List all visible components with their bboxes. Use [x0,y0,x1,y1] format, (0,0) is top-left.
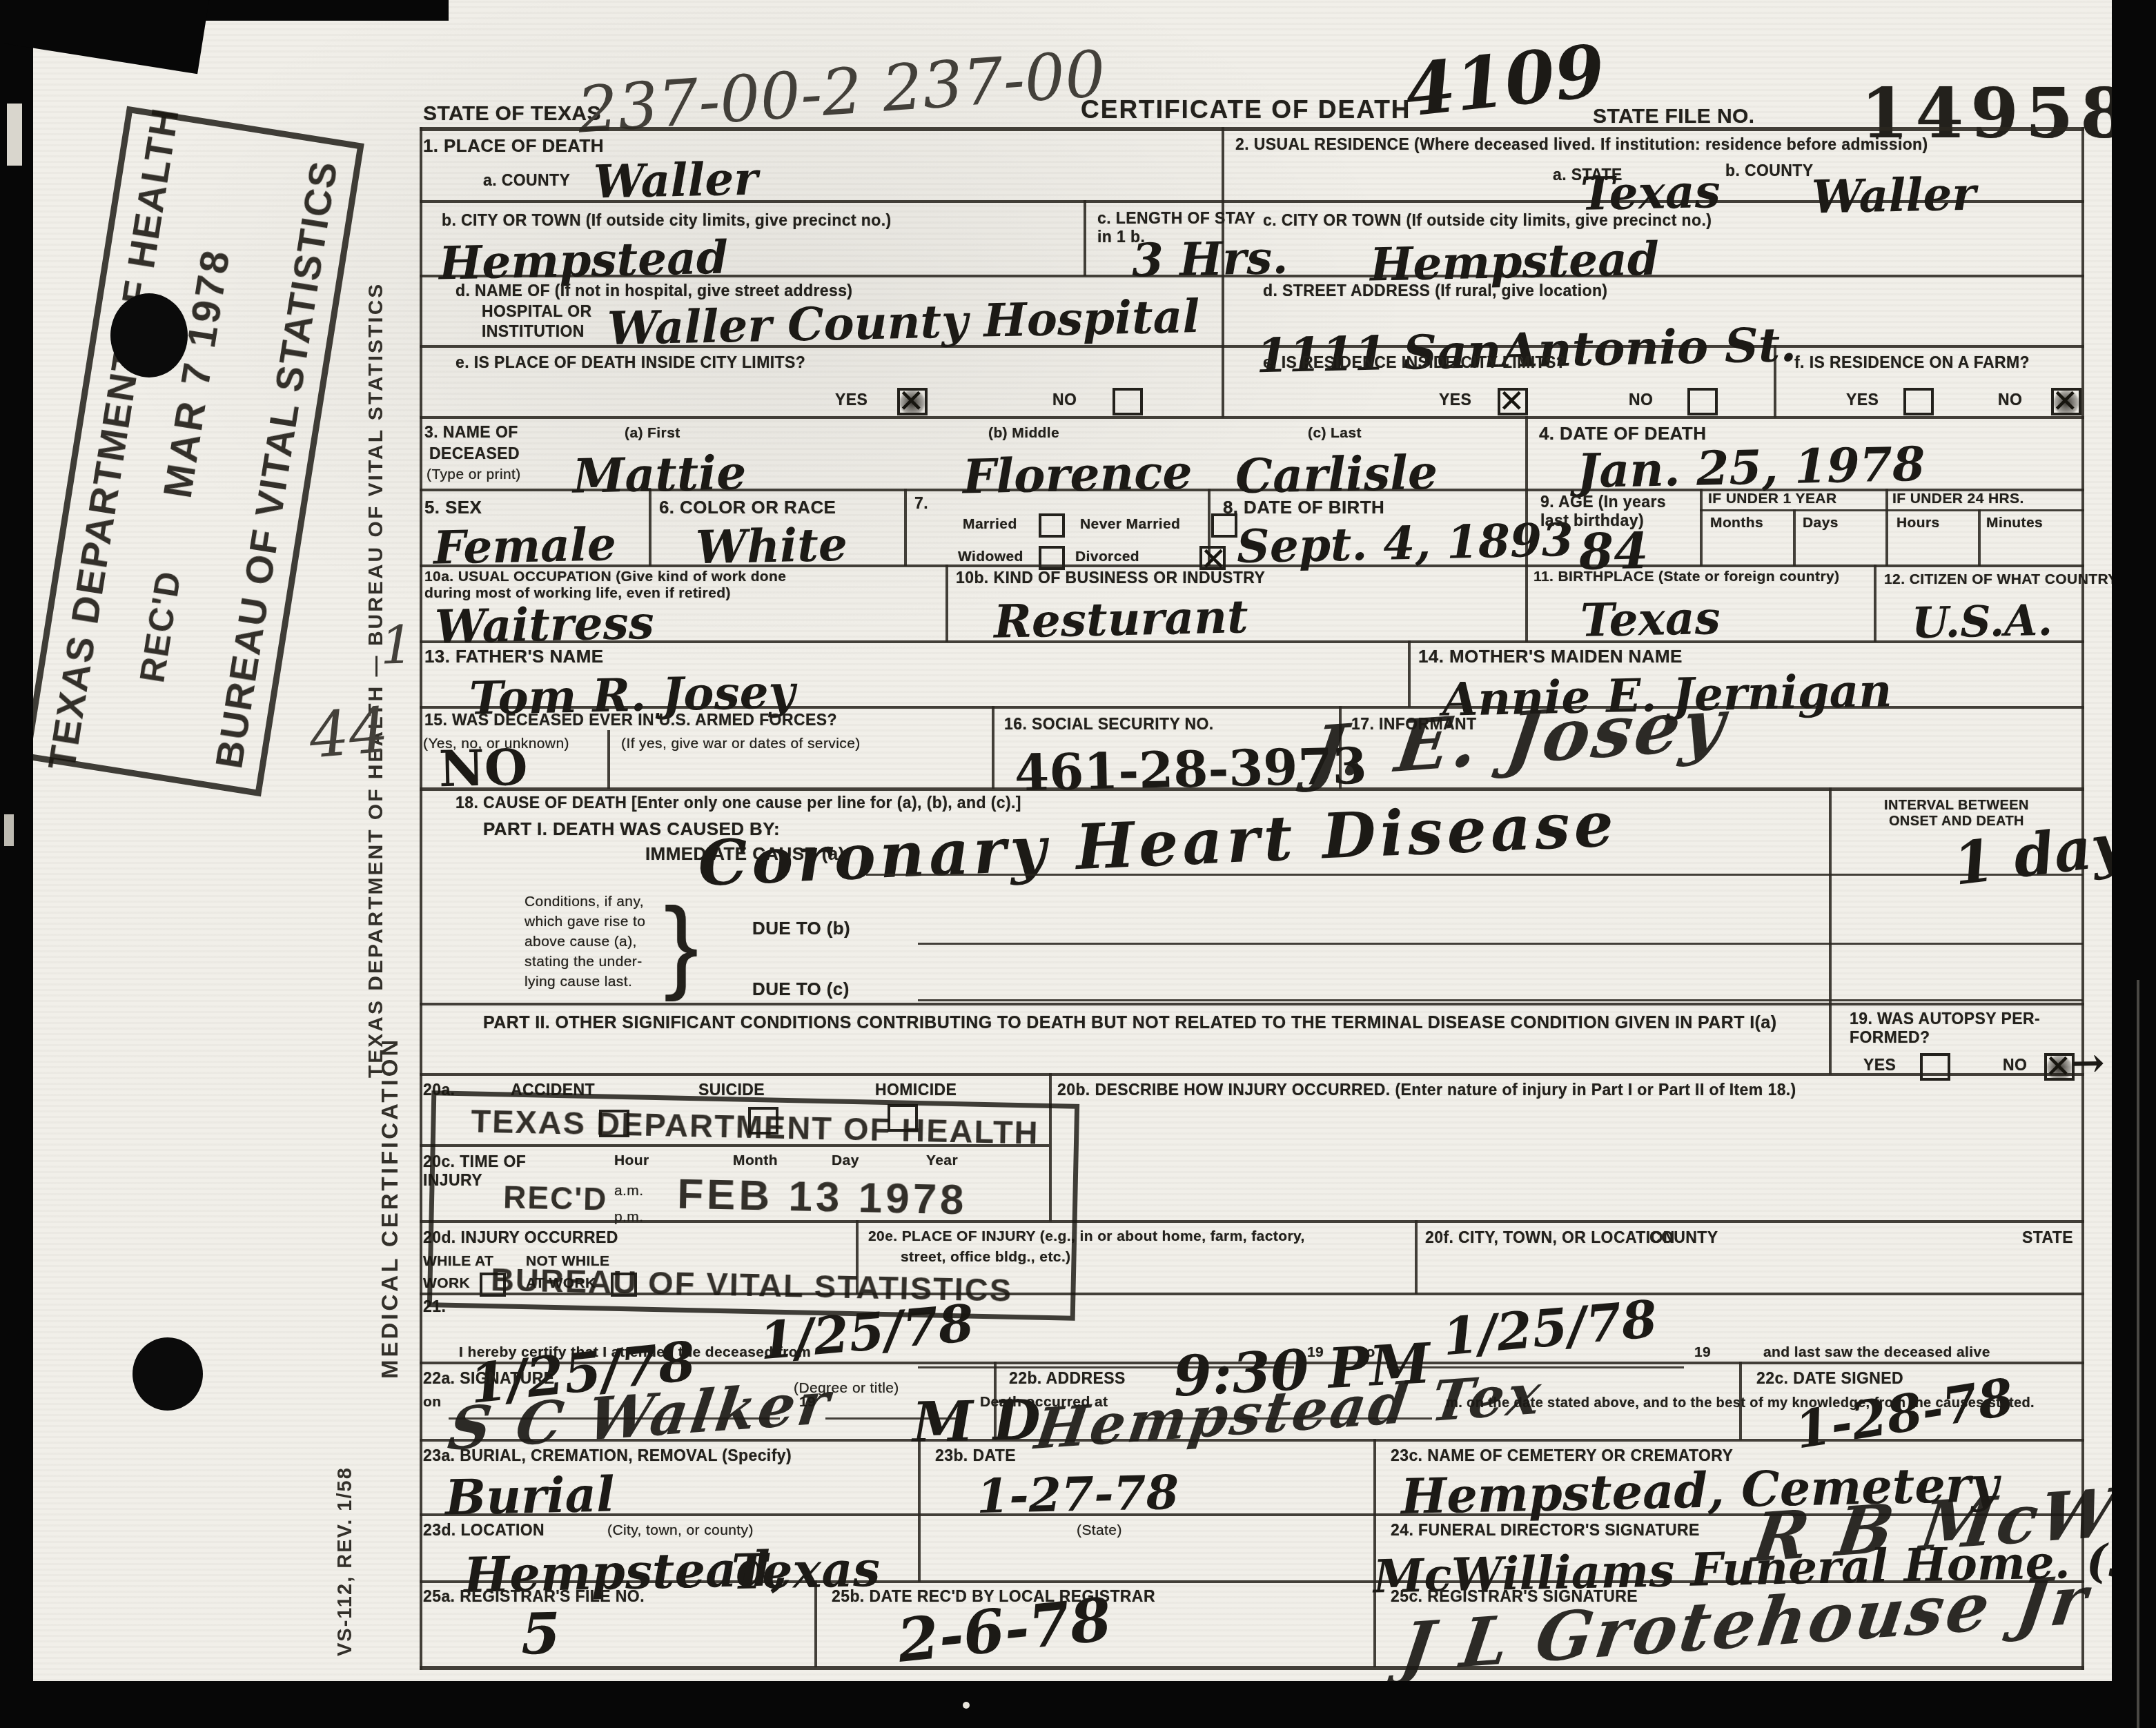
industry-label: 10b. KIND OF BUSINESS OR INDUSTRY [956,569,1265,587]
informant-signature: J. E. Josey [1306,682,1732,794]
deceased-title-2: DECEASED [429,444,520,463]
state-of-texas-label: STATE OF TEXAS [423,102,601,126]
form-line [1084,200,1086,276]
city-label: b. CITY OR TOWN (If outside city limits,… [442,211,891,230]
divorced-label: Divorced [1075,549,1139,565]
residence-limits-yes-checkbox [1498,388,1528,415]
margin-handwritten-44: 44 [306,694,391,773]
form-line [1978,509,1981,566]
hole-punch [133,1337,203,1411]
yes-label: YES [1439,391,1471,409]
yes-label: YES [1863,1056,1896,1074]
yes-label: YES [835,391,868,409]
stamp-recd-label: REC'D [132,567,189,685]
cause-of-death-label: 18. CAUSE OF DEATH [Enter only one cause… [455,794,1021,812]
due-to-c-label: DUE TO (c) [752,979,850,1000]
stamp-bureau-line: BUREAU OF VITAL STATISTICS [491,1260,1013,1309]
scanned-death-certificate: STATE OF TEXAS 237-00-2 237-00 CERTIFICA… [0,0,2156,1728]
due-to-b-label: DUE TO (b) [752,918,850,939]
stamp-received-date: FEB 13 1978 [677,1170,968,1225]
form-line [420,127,2084,131]
citizen-value: U.S.A. [1911,595,2052,648]
death-limits-yes-checkbox [897,388,928,415]
industry-value: Resturant [993,589,1248,649]
form-line [1700,489,1703,566]
married-checkbox [1039,513,1065,538]
armed-forces-sub2: (If yes, give war or dates of service) [621,736,861,752]
if-under-24-hrs-label: IF UNDER 24 HRS. [1892,491,2024,507]
form-line [1793,509,1796,566]
handwritten-cert-number: 4109 [1401,28,1609,133]
color-race-value: White [695,518,847,575]
hours-label: Hours [1897,515,1940,531]
stamp-agency-line: TEXAS DEPARTMENT OF HEALTH [471,1101,1039,1151]
ssn-label: 16. SOCIAL SECURITY NO. [1004,715,1214,734]
form-line [1829,787,1832,1074]
residence-city-limits-label: e. IS RESIDENCE INSIDE CITY LIMITS? [1263,353,1566,372]
form-line [1885,489,1888,566]
form-line [420,1666,2084,1670]
type-or-print-label: (Type or print) [427,467,521,483]
burial-location-label: 23d. LOCATION [423,1521,545,1540]
autopsy-label: 19. WAS AUTOPSY PER- FORMED? [1850,1010,2040,1047]
mothers-maiden-label: 14. MOTHER'S MAIDEN NAME [1418,646,1683,667]
widowed-checkbox [1039,546,1065,570]
date-of-death-value: Jan. 25, 1978 [1576,437,1925,500]
marital-status-label: 7. [914,494,928,513]
name-of-deceased-title: 3. NAME OF [424,423,518,442]
form-line [420,416,2084,419]
part2-label: PART II. OTHER SIGNIFICANT CONDITIONS CO… [483,1013,1776,1033]
film-edge-bottom [0,1681,2156,1728]
autopsy-yes-checkbox [1920,1053,1950,1081]
place-of-death-title: 1. PLACE OF DEATH [423,135,604,157]
burial-label: 23a. BURIAL, CREMATION, REMOVAL (Specify… [423,1446,792,1465]
burial-value: Burial [444,1465,615,1526]
residence-limits-no-checkbox [1687,388,1718,415]
form-line [1415,1220,1418,1294]
widowed-label: Widowed [958,549,1023,565]
street-address-label: d. STREET ADDRESS (If rural, give locati… [1263,282,1607,300]
homicide-label: HOMICIDE [875,1081,957,1099]
form-line [1874,564,1876,642]
stamp-recd-label: REC'D [503,1178,608,1217]
sex-label: 5. SEX [424,497,482,518]
date-signed-label: 22c. DATE SIGNED [1756,1369,1903,1388]
hole-punch [110,293,188,377]
farm-no-checkbox [2051,388,2081,415]
injury-city-label: 20f. CITY, TOWN, OR LOCATION [1425,1228,1675,1247]
conditions-note: Conditions, if any, which gave rise to a… [525,892,645,992]
death-city-limits-label: e. IS PLACE OF DEATH INSIDE CITY LIMITS? [455,353,805,372]
no-label: NO [1629,391,1653,409]
usual-residence-title: 2. USUAL RESIDENCE (Where deceased lived… [1235,135,1928,154]
form-line [2081,127,2084,1670]
divorced-checkbox [1199,546,1226,570]
injury-county-label: COUNTY [1649,1228,1718,1247]
if-under-1-year-label: IF UNDER 1 YEAR [1708,491,1836,507]
margin-medical-certification: MEDICAL CERTIFICATION [377,1037,403,1379]
stamp-received-date: MAR 7 1978 [155,245,239,502]
form-line [904,489,907,566]
date-of-birth-label: 8. DATE OF BIRTH [1223,497,1384,518]
film-artifact [2137,980,2139,1728]
residence-county-label: b. COUNTY [1725,161,1814,180]
brace-glyph: } [664,885,699,1004]
no-label: NO [1998,391,2022,409]
middle-name-label: (b) Middle [988,425,1059,442]
residence-farm-label: f. IS RESIDENCE ON A FARM? [1794,353,2030,372]
hospital-label-3: INSTITUTION [482,322,585,341]
margin-agency-text: TEXAS DEPARTMENT OF HEALTH — BUREAU OF V… [364,282,388,1078]
state-sub-label: (State) [1077,1522,1122,1539]
birthplace-value: Texas [1580,591,1721,647]
no-label: NO [2003,1056,2027,1074]
form-line [420,127,422,1670]
form-line [992,706,994,789]
autopsy-arrow: → [2070,1039,2105,1086]
film-artifact [4,814,14,846]
hospital-label-2: HOSPITAL OR [482,302,591,321]
on-label: on [423,1394,441,1411]
attended-to-date: 1/25/78 [1440,1290,1660,1368]
citizen-label: 12. CITIZEN OF WHAT COUNTRY? [1884,571,2112,588]
blank-line [918,943,2083,945]
sex-value: Female [433,517,616,575]
autopsy-no-checkbox [2044,1053,2075,1081]
form-line [420,1073,2084,1076]
certificate-title: CERTIFICATE OF DEATH [1081,95,1411,124]
funeral-director-label: 24. FUNERAL DIRECTOR'S SIGNATURE [1391,1521,1700,1540]
degree-value: M D [912,1387,1041,1455]
form-line [945,564,948,642]
film-edge-right [2112,0,2156,1728]
first-name-label: (a) First [625,425,680,442]
degree-or-title-label: (Degree or title) [794,1380,899,1397]
date-of-birth-value: Sept. 4, 1893 [1236,513,1574,573]
armed-forces-label: 15. WAS DECEASED EVER IN U.S. ARMED FORC… [424,711,837,729]
blank-line [866,874,2083,876]
color-race-label: 6. COLOR OR RACE [659,497,836,518]
address-label: 22b. ADDRESS [1009,1369,1126,1388]
form-line [1408,640,1411,707]
certify-text-2: and last saw the deceased alive [1763,1344,1990,1361]
county-label: a. COUNTY [483,171,570,190]
fathers-name-label: 13. FATHER'S NAME [424,646,604,667]
minutes-label: Minutes [1986,515,2043,531]
months-label: Months [1710,515,1763,531]
film-artifact [963,1702,970,1709]
birthplace-label: 11. BIRTHPLACE (State or foreign country… [1533,569,1839,585]
never-married-label: Never Married [1080,516,1180,533]
received-stamp-feb: TEXAS DEPARTMENT OF HEALTH REC'D FEB 13 … [427,1090,1079,1321]
middle-name-value: Florence [962,445,1193,505]
form-line [607,730,610,789]
death-limits-no-checkbox [1113,388,1143,415]
married-label: Married [963,516,1017,533]
city-town-county-sub: (City, town, or county) [607,1522,754,1539]
burial-date-value: 1-27-78 [976,1465,1179,1524]
residence-county-value: Waller [1811,167,1977,224]
first-name-value: Mattie [572,445,747,504]
form-line [918,1439,921,1582]
residence-city-label: c. CITY OR TOWN (If outside city limits,… [1263,211,1712,230]
state-file-no-label: STATE FILE NO. [1593,105,1754,128]
margin-handwritten-1: 1 [380,614,414,676]
describe-injury-label: 20b. DESCRIBE HOW INJURY OCCURRED. (Ente… [1057,1081,1796,1099]
film-edge-left [0,0,33,1728]
armed-forces-value: NO [438,738,528,798]
farm-yes-checkbox [1903,388,1934,415]
form-line [420,640,2084,643]
yes-label: YES [1846,391,1879,409]
occupation-value: Waitress [434,596,654,654]
no-label: NO [1052,391,1077,409]
burial-date-label: 23b. DATE [935,1446,1016,1465]
film-artifact [7,104,22,166]
last-name-value: Carlisle [1235,445,1438,504]
days-label: Days [1803,515,1839,531]
received-stamp-mar: TEXAS DEPARTMENT OF HEALTH REC'D MAR 7 1… [32,106,364,797]
county-value: Waller [593,152,758,209]
year-19-label: 19 [1694,1344,1711,1361]
street-address-value: 1111 SanAntonio St. [1255,317,1797,384]
blank-line [918,999,2083,1001]
length-of-stay-value: 3 Hrs. [1131,230,1288,288]
signature-label: 22a. SIGNATURE [423,1369,555,1388]
last-name-label: (c) Last [1308,425,1362,442]
margin-form-code: VS-112, REV. 1/58 [334,1466,357,1656]
registrar-file-value: 5 [520,1600,561,1667]
form-line [1700,509,2084,511]
injury-state-label: STATE [2022,1228,2073,1247]
certificate-sheet: STATE OF TEXAS 237-00-2 237-00 CERTIFICA… [32,0,2112,1681]
